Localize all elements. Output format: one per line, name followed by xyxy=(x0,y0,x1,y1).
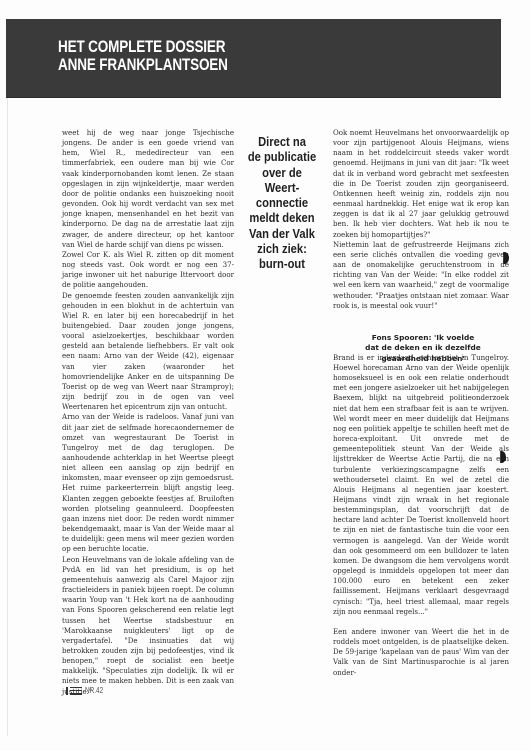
pull-quote-line: de publicatie xyxy=(239,149,325,164)
pull-quote-line: Van der Valk xyxy=(239,226,325,241)
banner-title: HET COMPLETE DOSSIER ANNE FRANKPLANTSOEN xyxy=(58,38,228,74)
paragraph: Niettemin laat de gefrustreerde Heijmans… xyxy=(333,240,509,311)
pull-quote: Direct na de publicatie over de Weert-co… xyxy=(239,134,325,272)
pull-quote-line: zich ziek: xyxy=(239,241,325,256)
article-right-column: Ook noemt Heuvelmans het onvoorwaardelij… xyxy=(333,128,509,678)
pull-quote-line: meldt deken xyxy=(239,210,325,225)
article-left-column: weet hij de weg naar jonge Tsjechische j… xyxy=(62,128,234,697)
paragraph: Ook noemt Heuvelmans het onvoorwaardelij… xyxy=(333,128,509,240)
subhead-line: Fons Spooren: 'Ik voelde xyxy=(343,333,503,343)
paragraph-gap xyxy=(333,617,509,627)
pull-quote-line: Direct na xyxy=(239,134,325,149)
paragraph: De genoemde feesten zouden aanvankelijk … xyxy=(62,291,234,413)
pull-quote-line: over de xyxy=(239,165,325,180)
dossier-banner: HET COMPLETE DOSSIER ANNE FRANKPLANTSOEN xyxy=(6,19,501,98)
banner-title-line-2: ANNE FRANKPLANTSOEN xyxy=(58,56,228,74)
section-subhead: Fons Spooren: 'Ik voelde dat de deken en… xyxy=(343,333,503,364)
paragraph: Arno van der Weide is radeloos. Vanaf ju… xyxy=(62,412,234,554)
pull-quote-line: burn-out xyxy=(239,256,325,271)
banner-title-line-1: HET COMPLETE DOSSIER xyxy=(58,38,228,56)
pull-quote-line: Weert-connectie xyxy=(239,180,325,211)
page-number: NR.42 xyxy=(85,686,103,695)
subhead-line: dat de deken en ik dezelfde xyxy=(343,343,503,353)
magazine-logo-lines-icon xyxy=(70,687,82,695)
paragraph: Leon Heuvelmans van de lokale afdeling v… xyxy=(62,555,234,697)
subhead-line: geaardheid hebben' xyxy=(343,354,503,364)
paragraph: weet hij de weg naar jonge Tsjechische j… xyxy=(62,128,234,250)
paragraph: Zowel Cor K. als Wiel R. zitten op dit m… xyxy=(62,250,234,291)
page-footer: NR.42 xyxy=(66,686,108,695)
paragraph: Brand is er inderdaad, echter niet in Tu… xyxy=(333,353,509,617)
paragraph: Een andere inwoner van Weert die het in … xyxy=(333,627,509,678)
page-edge-line xyxy=(7,96,8,736)
magazine-logo-icon xyxy=(66,687,68,695)
